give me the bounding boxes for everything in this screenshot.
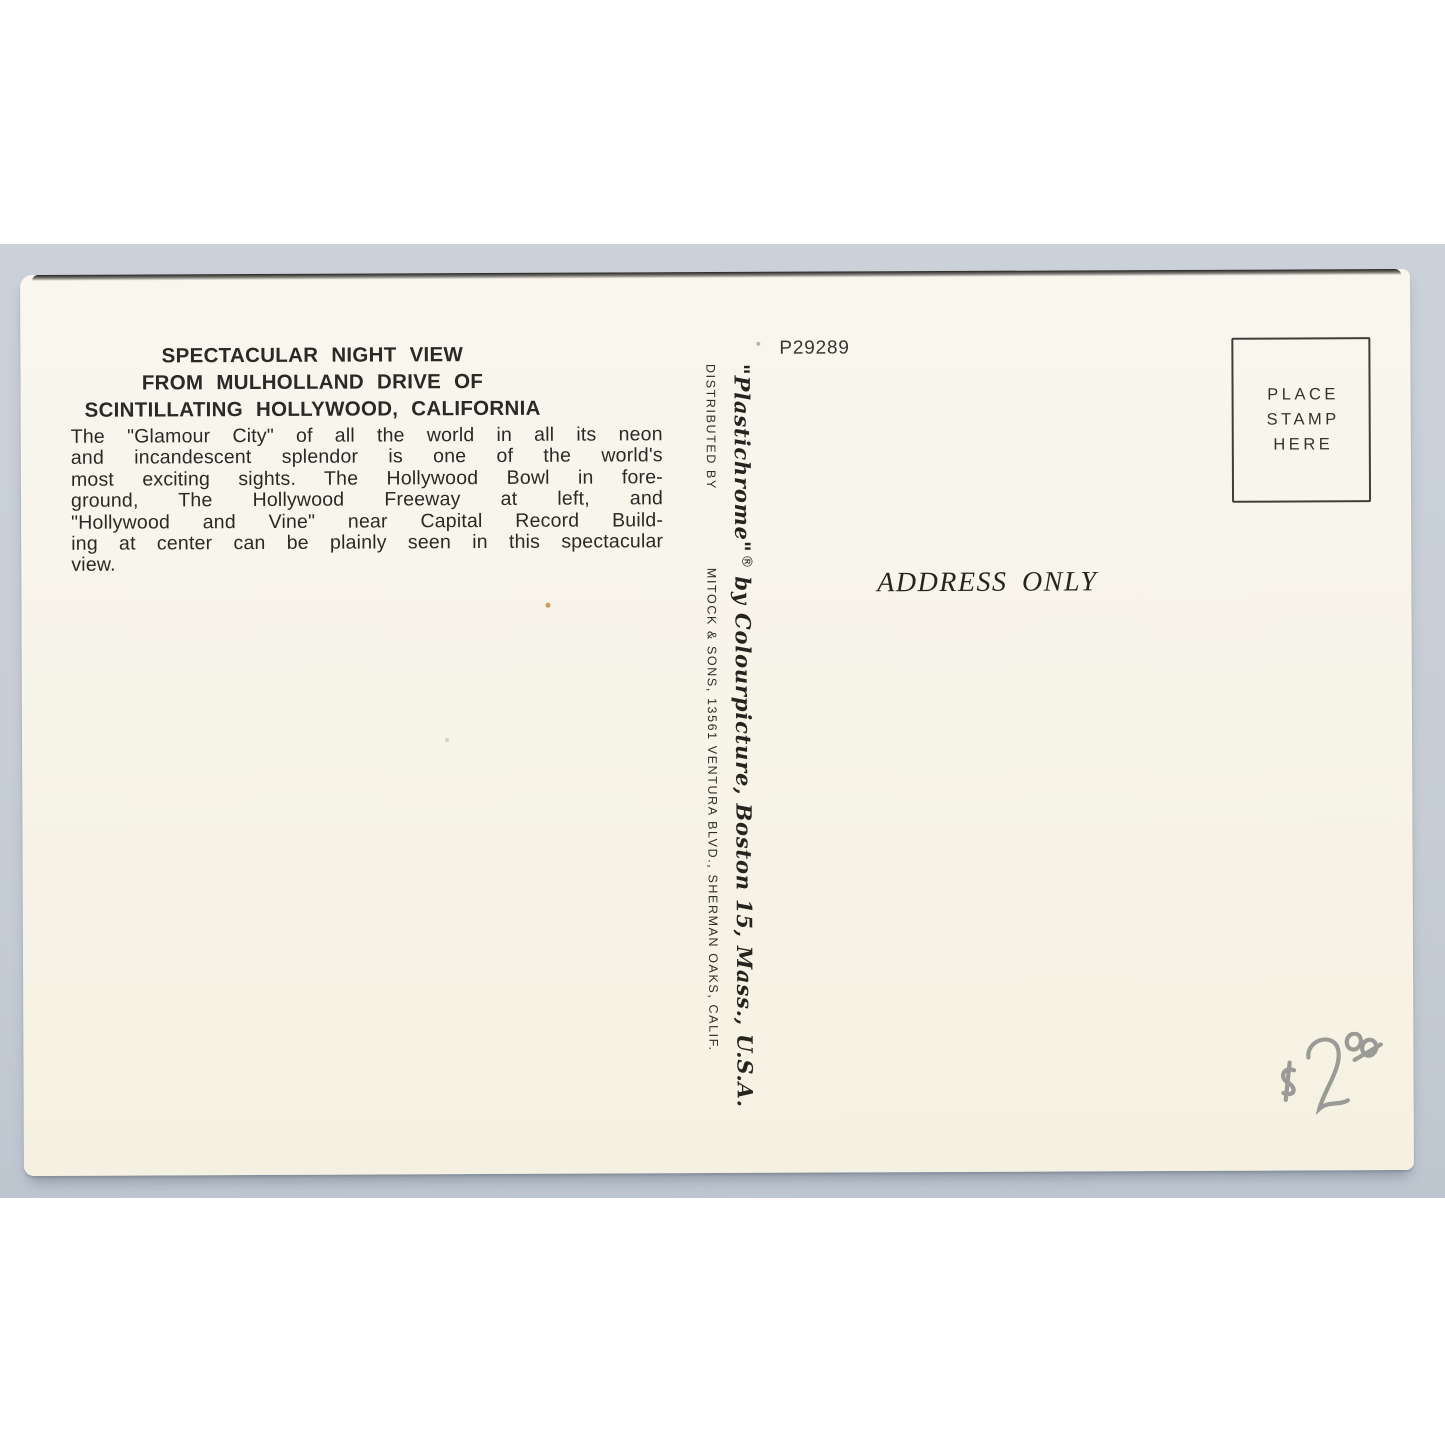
postcard-scan: SPECTACULAR NIGHT VIEW FROM MULHOLLAND D… [0,0,1445,1445]
stamp-box-text: PLACE STAMP HERE [1262,382,1339,457]
paper-speck [545,603,550,608]
address-only-label: ADDRESS ONLY [862,566,1112,599]
publisher-credit-line: "Plastichrome"®by Colourpicture, Boston … [723,364,766,1164]
registered-trademark-icon: ® [738,555,754,570]
paper-speck [756,342,760,346]
handwritten-price-mark [1271,1030,1388,1124]
pencil-strokes [1280,1032,1384,1111]
distributor-prefix: DISTRIBUTED BY [703,364,718,490]
title-line: SCINTILLATING HOLLYWOOD, CALIFORNIA [71,395,555,424]
title-line: SPECTACULAR NIGHT VIEW [70,341,554,370]
publisher-credits-vertical: "Plastichrome"®by Colourpicture, Boston … [697,364,766,1164]
publisher-byline: by Colourpicture, Boston 15, Mass., U.S.… [730,576,757,1108]
description-line: ing at center can be plainly seen in thi… [71,531,663,555]
stamp-box-line: HERE [1267,432,1340,457]
paper-speck [445,738,449,742]
publisher-name: "Plastichrome" [729,364,755,553]
stamp-box-line: PLACE [1266,382,1339,407]
stamp-box: PLACE STAMP HERE [1231,337,1371,503]
stock-number: P29289 [779,337,849,359]
postcard-title: SPECTACULAR NIGHT VIEW FROM MULHOLLAND D… [70,341,554,424]
title-line: FROM MULHOLLAND DRIVE OF [70,368,554,397]
stamp-box-line: STAMP [1267,407,1340,432]
postcard-back: SPECTACULAR NIGHT VIEW FROM MULHOLLAND D… [20,269,1414,1176]
description-line: view. [71,553,663,577]
postcard-description: The "Glamour City" of all the world in a… [71,424,664,576]
distributor-credit-line: DISTRIBUTED BYMITOCK & SONS, 13561 VENTU… [697,364,726,1164]
distributor-name-address: MITOCK & SONS, 13561 VENTURA BLVD., SHER… [704,568,720,1052]
